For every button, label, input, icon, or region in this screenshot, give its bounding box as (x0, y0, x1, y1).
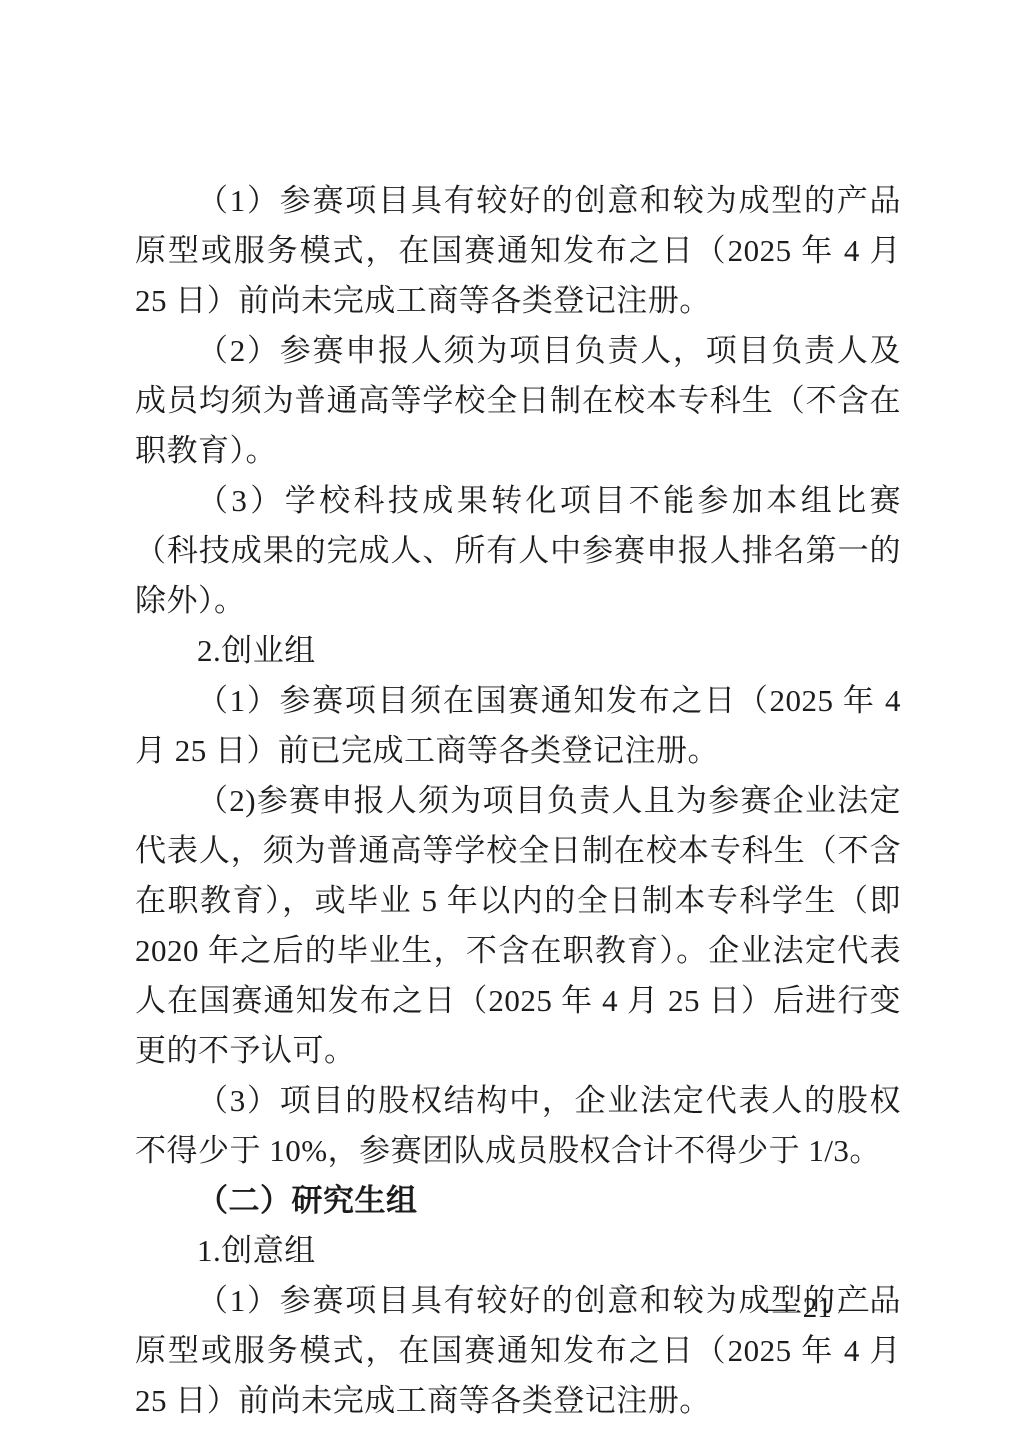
document-page: （1）参赛项目具有较好的创意和较为成型的产品原型或服务模式，在国赛通知发布之日（… (0, 0, 1024, 1448)
clause-3: （3）学校科技成果转化项目不能参加本组比赛（科技成果的完成人、所有人中参赛申报人… (135, 476, 901, 626)
clause-4: （1）参赛项目须在国赛通知发布之日（2025 年 4 月 25 日）前已完成工商… (135, 676, 901, 776)
heading-graduate-group: （二）研究生组 (135, 1176, 901, 1226)
subheading-innovation-group: 1.创意组 (135, 1226, 901, 1276)
clause-2: （2）参赛申报人须为项目负责人，项目负责人及成员均须为普通高等学校全日制在校本专… (135, 326, 901, 476)
subheading-startup-group: 2.创业组 (135, 626, 901, 676)
document-body: （1）参赛项目具有较好的创意和较为成型的产品原型或服务模式，在国赛通知发布之日（… (135, 176, 901, 1426)
clause-1: （1）参赛项目具有较好的创意和较为成型的产品原型或服务模式，在国赛通知发布之日（… (135, 176, 901, 326)
clause-6: （3）项目的股权结构中，企业法定代表人的股权不得少于 10%，参赛团队成员股权合… (135, 1076, 901, 1176)
page-number: — 21 — (767, 1290, 869, 1326)
clause-5: （2)参赛申报人须为项目负责人且为参赛企业法定代表人，须为普通高等学校全日制在校… (135, 776, 901, 1076)
